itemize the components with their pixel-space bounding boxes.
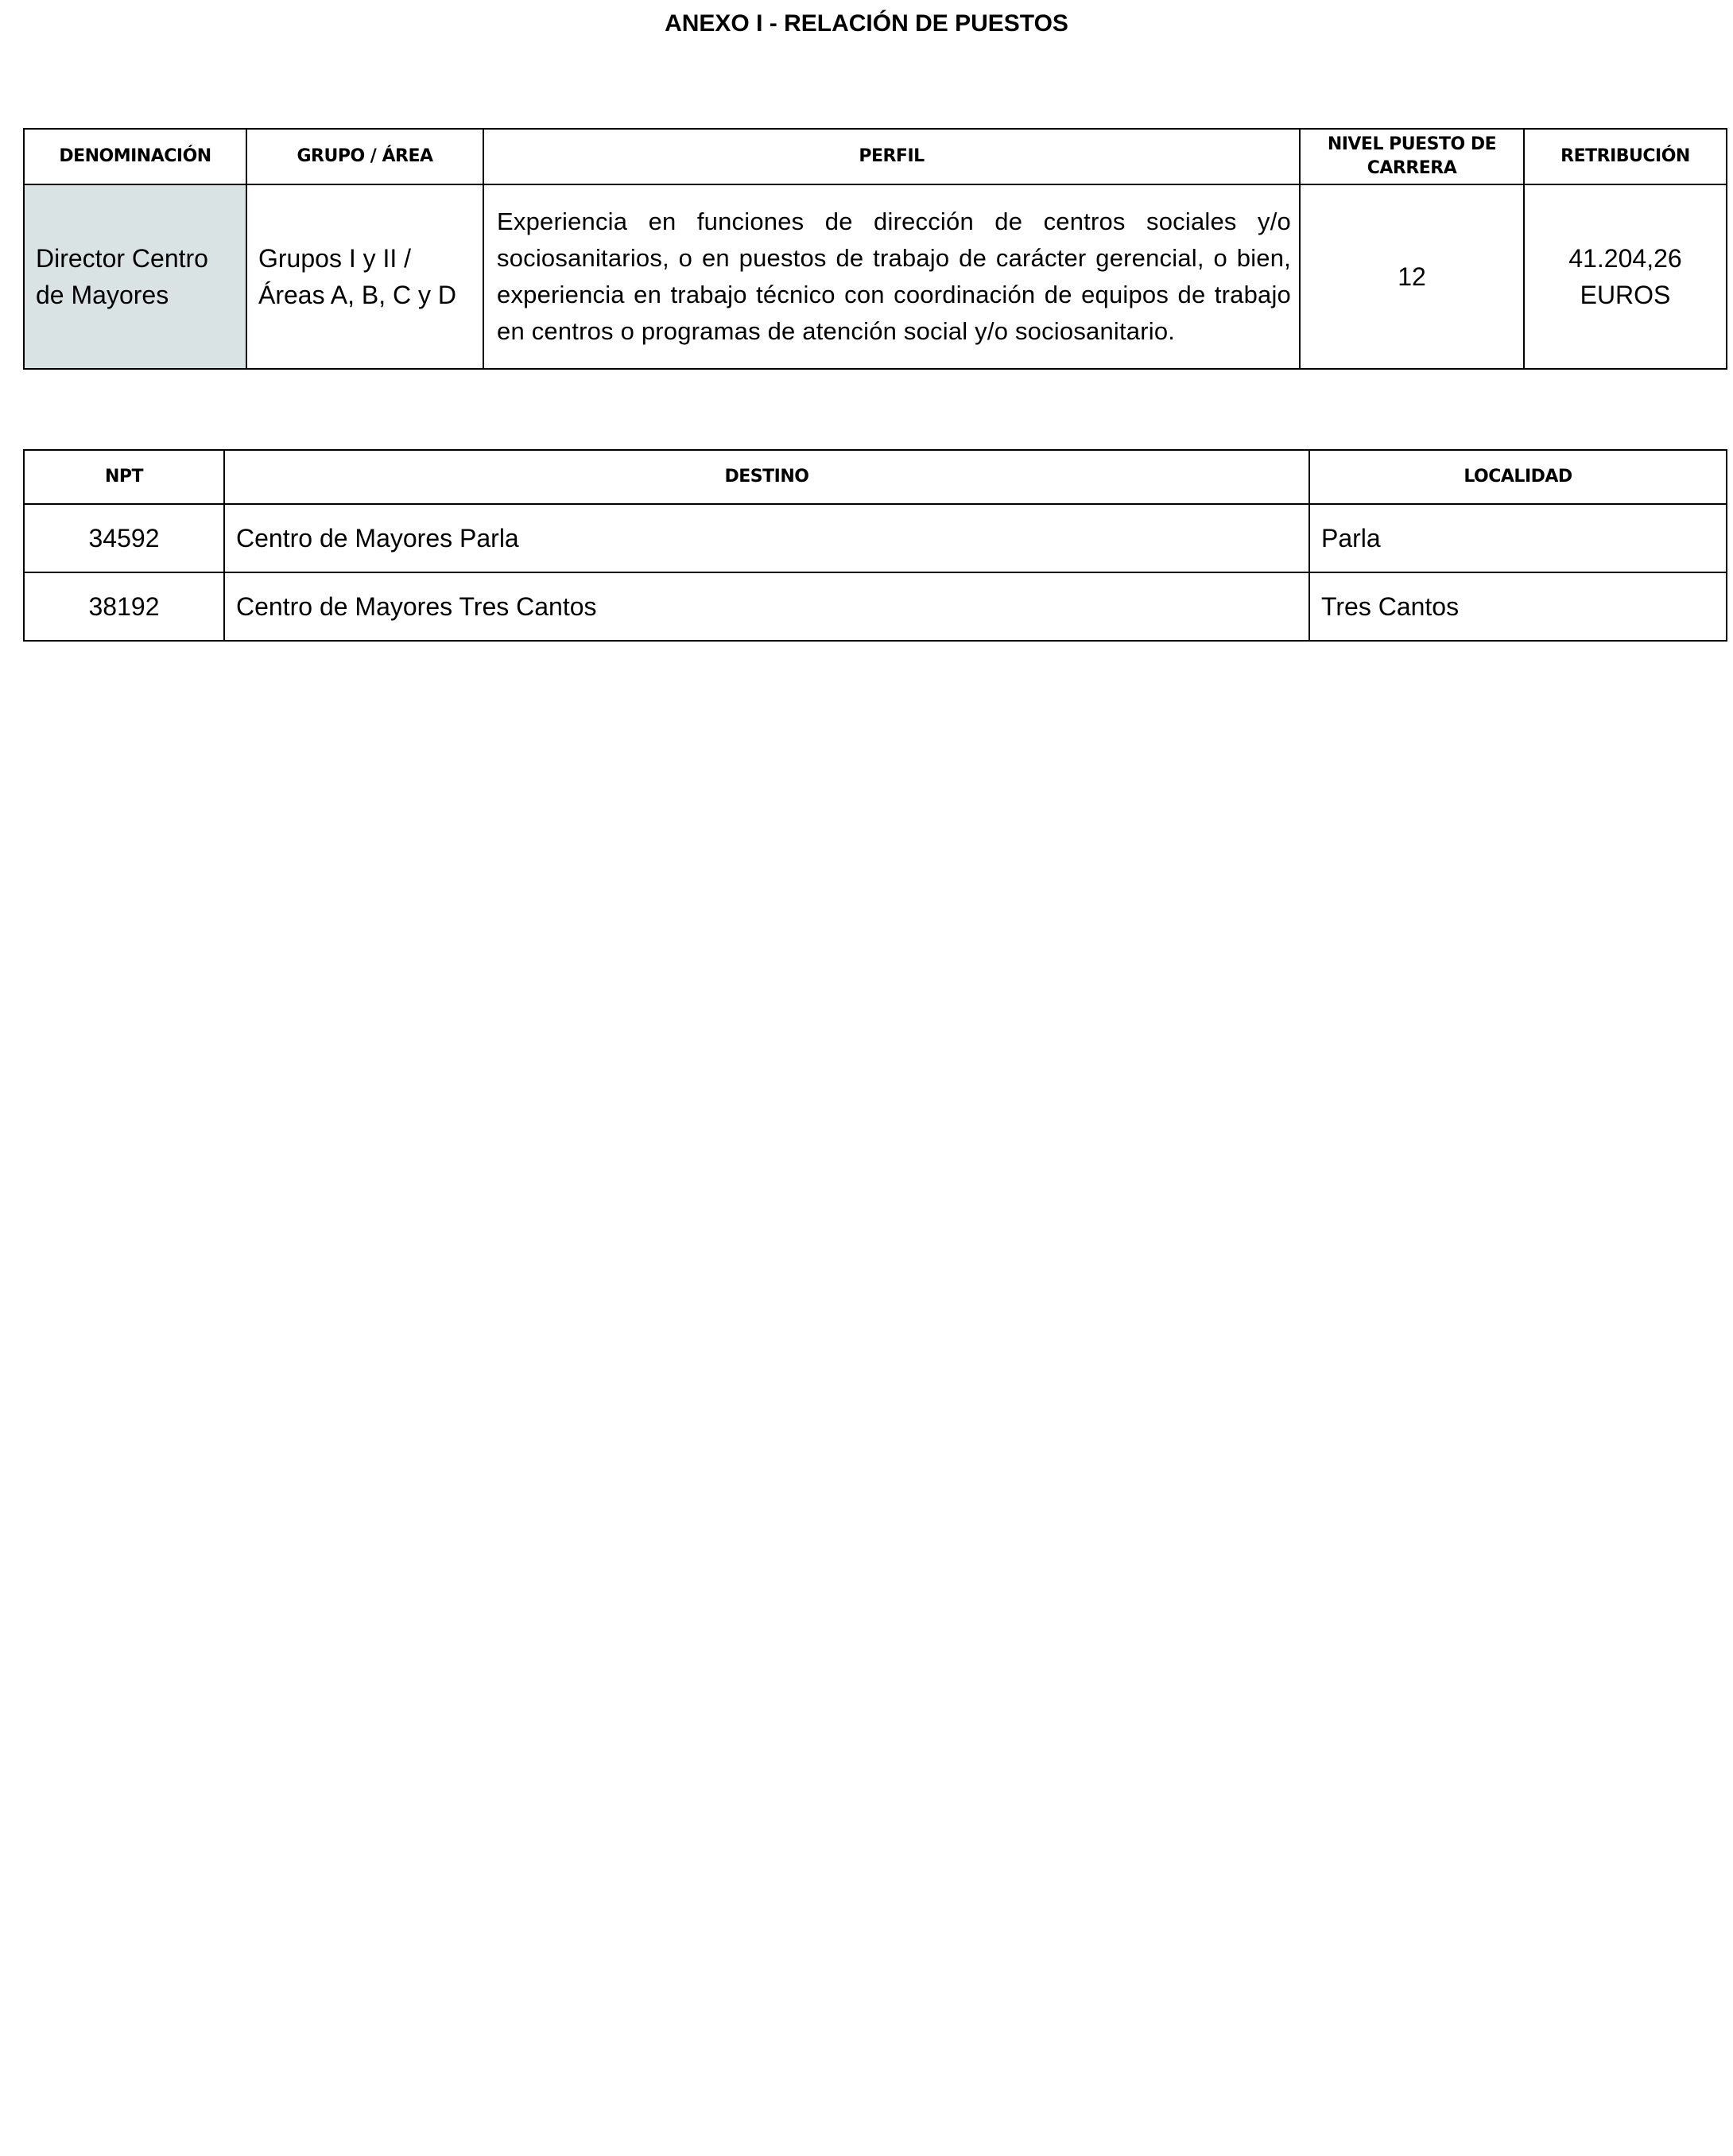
header-nivel: NIVEL PUESTO DE CARRERA bbox=[1300, 129, 1524, 184]
header-perfil: PERFIL bbox=[483, 129, 1300, 184]
cell-npt: 34592 bbox=[24, 504, 224, 572]
destinations-table: NPT DESTINO LOCALIDAD 34592 Centro de Ma… bbox=[23, 449, 1727, 642]
destinations-header-row: NPT DESTINO LOCALIDAD bbox=[24, 450, 1727, 504]
cell-grupo-area: Grupos I y II / Áreas A, B, C y D bbox=[246, 184, 483, 369]
cell-npt: 38192 bbox=[24, 572, 224, 641]
cell-denominacion: Director Centro de Mayores bbox=[24, 184, 246, 369]
header-retribucion: RETRIBUCIÓN bbox=[1524, 129, 1727, 184]
header-destino: DESTINO bbox=[224, 450, 1309, 504]
positions-header-row: DENOMINACIÓN GRUPO / ÁREA PERFIL NIVEL P… bbox=[24, 129, 1727, 184]
header-grupo-area: GRUPO / ÁREA bbox=[246, 129, 483, 184]
page-title: ANEXO I - RELACIÓN DE PUESTOS bbox=[0, 8, 1733, 40]
table-row: 38192 Centro de Mayores Tres Cantos Tres… bbox=[24, 572, 1727, 641]
cell-localidad: Tres Cantos bbox=[1309, 572, 1727, 641]
table-row: 34592 Centro de Mayores Parla Parla bbox=[24, 504, 1727, 572]
table-row: Director Centro de Mayores Grupos I y II… bbox=[24, 184, 1727, 369]
header-localidad: LOCALIDAD bbox=[1309, 450, 1727, 504]
header-npt: NPT bbox=[24, 450, 224, 504]
positions-table: DENOMINACIÓN GRUPO / ÁREA PERFIL NIVEL P… bbox=[23, 128, 1727, 370]
cell-destino: Centro de Mayores Parla bbox=[224, 504, 1309, 572]
cell-perfil: Experiencia en funciones de dirección de… bbox=[483, 184, 1300, 369]
cell-nivel: 12 bbox=[1300, 184, 1524, 369]
cell-localidad: Parla bbox=[1309, 504, 1727, 572]
cell-retribucion: 41.204,26 EUROS bbox=[1524, 184, 1727, 369]
header-denominacion: DENOMINACIÓN bbox=[24, 129, 246, 184]
cell-destino: Centro de Mayores Tres Cantos bbox=[224, 572, 1309, 641]
